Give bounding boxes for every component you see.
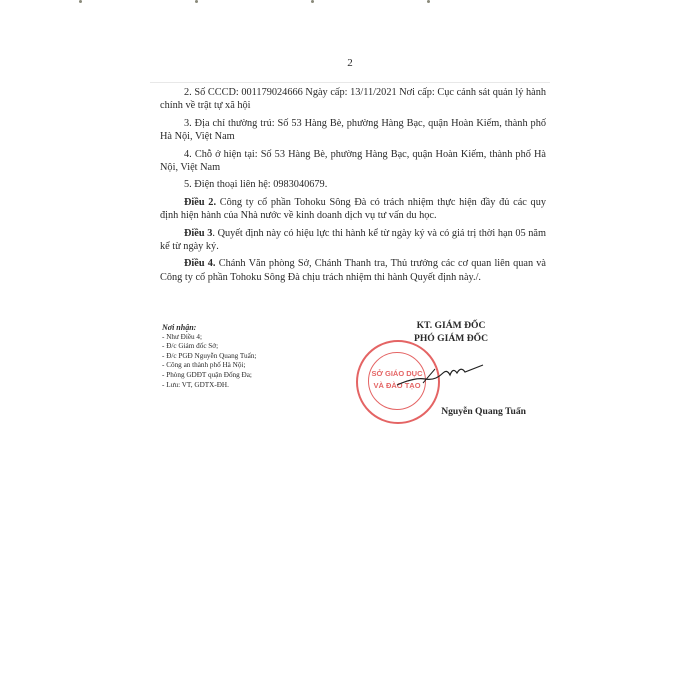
signature-block: KT. GIÁM ĐỐC PHÓ GIÁM ĐỐC [376,319,526,345]
article-3: Điều 3. Quyết định này có hiệu lực thi h… [160,227,546,254]
recipient-item: - Đ/c PGĐ Nguyễn Quang Tuấn; [162,352,342,362]
signer-name: Nguyễn Quang Tuấn [376,406,526,417]
paragraph: 3. Địa chỉ thường trú: Số 53 Hàng Bè, ph… [160,117,546,144]
scan-mark [427,0,430,3]
scan-mark [311,0,314,3]
scan-edge-marks [0,0,700,4]
recipients-title: Nơi nhận: [162,323,342,333]
paragraph: 2. Số CCCD: 001179024666 Ngày cấp: 13/11… [160,86,546,113]
scan-mark [195,0,198,3]
article-4: Điều 4. Chánh Văn phòng Sở, Chánh Thanh … [160,257,546,284]
recipient-item: - Lưu: VT, GDTX-ĐH. [162,381,342,391]
recipient-item: - Đ/c Giám đốc Sở; [162,342,342,352]
article-2: Điều 2. Công ty cổ phần Tohoku Sông Đà c… [160,196,546,223]
recipient-item: - Công an thành phố Hà Nội; [162,361,342,371]
recipient-item: - Như Điều 4; [162,333,342,343]
divider [150,82,550,83]
paragraph: 5. Điện thoại liên hệ: 0983040679. [160,178,546,191]
recipients-list: Nơi nhận: - Như Điều 4; - Đ/c Giám đốc S… [162,323,342,390]
document-body: 2. Số CCCD: 001179024666 Ngày cấp: 13/11… [160,86,546,288]
page-number: 2 [0,57,700,69]
signature-subtitle: PHÓ GIÁM ĐỐC [376,332,526,345]
paragraph: 4. Chỗ ở hiện tại: Số 53 Hàng Bè, phường… [160,148,546,175]
handwritten-signature [395,363,485,388]
recipient-item: - Phòng GDĐT quận Đống Đa; [162,371,342,381]
scan-mark [79,0,82,3]
signature-title: KT. GIÁM ĐỐC [376,319,526,332]
